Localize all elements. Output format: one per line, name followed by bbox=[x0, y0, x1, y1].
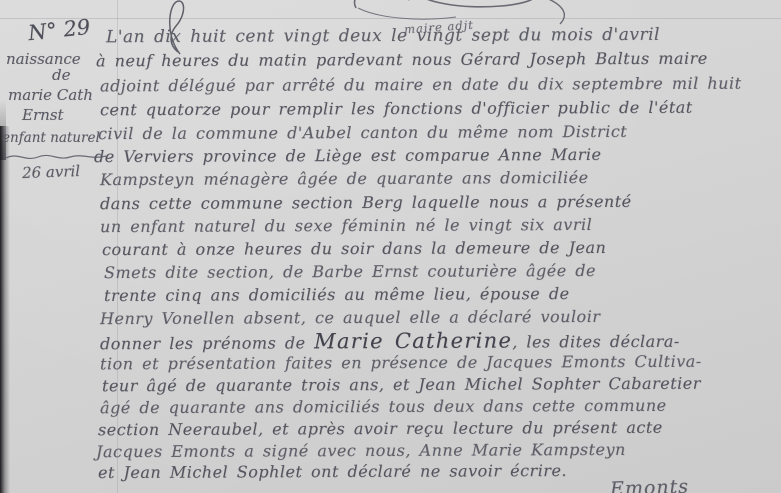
margin-note-line: marie Cath bbox=[8, 86, 93, 104]
body-line: Jacques Emonts a signé avec nous, Anne M… bbox=[96, 440, 626, 461]
body-line: dans cette commune section Berg laquelle… bbox=[100, 192, 632, 213]
left-scan-edge bbox=[0, 126, 10, 493]
body-line: courant à onze heures du soir dans la de… bbox=[102, 238, 606, 259]
margin-record-number: N° 29 bbox=[27, 15, 91, 45]
body-line: un enfant naturel du sexe féminin né le … bbox=[100, 215, 592, 236]
body-line: Henry Vonellen absent, ce auquel elle a … bbox=[100, 307, 601, 328]
act-body-text: L'an dix huit cent vingt deux le vingt s… bbox=[100, 0, 781, 493]
scanned-register-page: maire adjt N° 29 naissance de marie Cath… bbox=[0, 0, 781, 493]
body-line: civil de la commune d'Aubel canton du mê… bbox=[98, 122, 627, 143]
body-line-pre: donner les prénoms de bbox=[100, 333, 314, 353]
margin-date: 26 avril bbox=[22, 162, 81, 182]
body-line: trente cinq ans domiciliés au même lieu,… bbox=[104, 284, 570, 305]
body-line: adjoint délégué par arrêté du maire en d… bbox=[100, 74, 742, 96]
body-line: section Neeraubel, et après avoir reçu l… bbox=[98, 418, 663, 439]
body-line: teur âgé de quarante trois ans, et Jean … bbox=[102, 374, 701, 396]
body-line: L'an dix huit cent vingt deux le vingt s… bbox=[106, 25, 660, 47]
body-line: et Jean Michel Sophlet ont déclaré ne sa… bbox=[98, 461, 567, 482]
body-line: cent quatorze pour remplir les fonctions… bbox=[100, 98, 693, 120]
body-line-post: , les dites déclara- bbox=[512, 332, 680, 352]
child-given-names: Marie Catherine bbox=[314, 328, 512, 353]
body-line-with-name: donner les prénoms de Marie Catherine, l… bbox=[100, 328, 680, 355]
body-line: Smets dite section, de Barbe Ernst coutu… bbox=[104, 261, 596, 282]
body-line: à neuf heures du matin pardevant nous Gé… bbox=[96, 49, 708, 71]
body-line: de Verviers province de Liège est compar… bbox=[94, 145, 602, 166]
margin-note-line: enfant naturel bbox=[2, 130, 100, 146]
margin-note-line: de bbox=[52, 66, 70, 84]
margin-note-line: Ernst bbox=[22, 106, 64, 124]
body-line: tion et présentation faites en présence … bbox=[100, 352, 702, 374]
body-line: âgé de quarante ans domiciliés tous deux… bbox=[100, 396, 667, 417]
partial-signature: Emonts bbox=[610, 476, 690, 493]
body-line: Kampsteyn ménagère âgée de quarante ans … bbox=[100, 168, 589, 189]
